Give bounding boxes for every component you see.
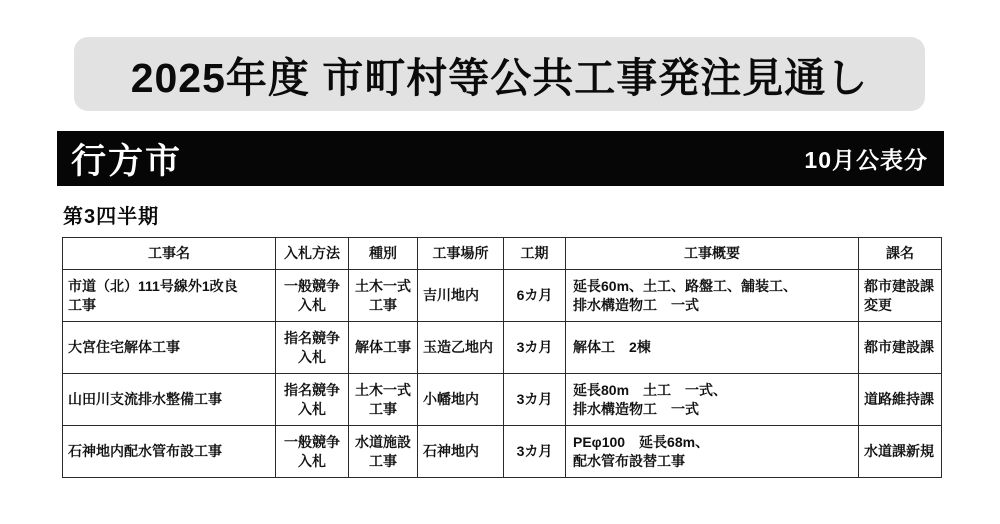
project-name-cell: 山田川支流排水整備工事 (63, 374, 276, 426)
header-location: 工事場所 (418, 238, 504, 270)
location-cell: 玉造乙地内 (418, 322, 504, 374)
department-cell: 都市建設課 (859, 322, 942, 374)
location-cell: 石神地内 (418, 426, 504, 478)
location-cell: 小幡地内 (418, 374, 504, 426)
page-title: 2025年度 市町村等公共工事発注見通し (131, 45, 869, 104)
type-cell: 土木一式 工事 (349, 374, 418, 426)
duration-cell: 6カ月 (504, 270, 566, 322)
header-type: 種別 (349, 238, 418, 270)
duration-cell: 3カ月 (504, 374, 566, 426)
type-cell: 土木一式 工事 (349, 270, 418, 322)
header-overview: 工事概要 (566, 238, 859, 270)
table-row: 石神地内配水管布設工事 一般競争 入札 水道施設 工事 石神地内 3カ月 PEφ… (63, 426, 942, 478)
overview-cell: 延長80m 土工 一式、 排水構造物工 一式 (566, 374, 859, 426)
quarter-label: 第3四半期 (63, 200, 159, 229)
header-bid-method: 入札方法 (276, 238, 349, 270)
overview-cell: 解体工 2棟 (566, 322, 859, 374)
overview-cell: PEφ100 延長68m、 配水管布設替工事 (566, 426, 859, 478)
type-cell: 解体工事 (349, 322, 418, 374)
bid-method-cell: 指名競争 入札 (276, 374, 349, 426)
table-row: 市道（北）111号線外1改良 工事 一般競争 入札 土木一式 工事 吉川地内 6… (63, 270, 942, 322)
duration-cell: 3カ月 (504, 426, 566, 478)
location-cell: 吉川地内 (418, 270, 504, 322)
department-cell: 都市建設課 変更 (859, 270, 942, 322)
title-banner: 2025年度 市町村等公共工事発注見通し (74, 37, 925, 111)
project-name-cell: 市道（北）111号線外1改良 工事 (63, 270, 276, 322)
document-page: 2025年度 市町村等公共工事発注見通し 行方市 10月公表分 第3四半期 工事… (0, 0, 1000, 524)
publication-period-label: 10月公表分 (804, 142, 928, 175)
bid-method-cell: 指名競争 入札 (276, 322, 349, 374)
overview-cell: 延長60m、土工、路盤工、舗装工、 排水構造物工 一式 (566, 270, 859, 322)
table-row: 山田川支流排水整備工事 指名競争 入札 土木一式 工事 小幡地内 3カ月 延長8… (63, 374, 942, 426)
project-name-cell: 石神地内配水管布設工事 (63, 426, 276, 478)
department-cell: 道路維持課 (859, 374, 942, 426)
header-department: 課名 (859, 238, 942, 270)
header-project-name: 工事名 (63, 238, 276, 270)
duration-cell: 3カ月 (504, 322, 566, 374)
table-header-row: 工事名 入札方法 種別 工事場所 工期 工事概要 課名 (63, 238, 942, 270)
department-cell: 水道課新規 (859, 426, 942, 478)
city-name: 行方市 (71, 134, 182, 184)
header-duration: 工期 (504, 238, 566, 270)
projects-table: 工事名 入札方法 種別 工事場所 工期 工事概要 課名 市道（北）111号線外1… (62, 237, 942, 478)
type-cell: 水道施設 工事 (349, 426, 418, 478)
bid-method-cell: 一般競争 入札 (276, 426, 349, 478)
city-banner: 行方市 10月公表分 (57, 131, 944, 186)
project-name-cell: 大宮住宅解体工事 (63, 322, 276, 374)
bid-method-cell: 一般競争 入札 (276, 270, 349, 322)
table-row: 大宮住宅解体工事 指名競争 入札 解体工事 玉造乙地内 3カ月 解体工 2棟 都… (63, 322, 942, 374)
